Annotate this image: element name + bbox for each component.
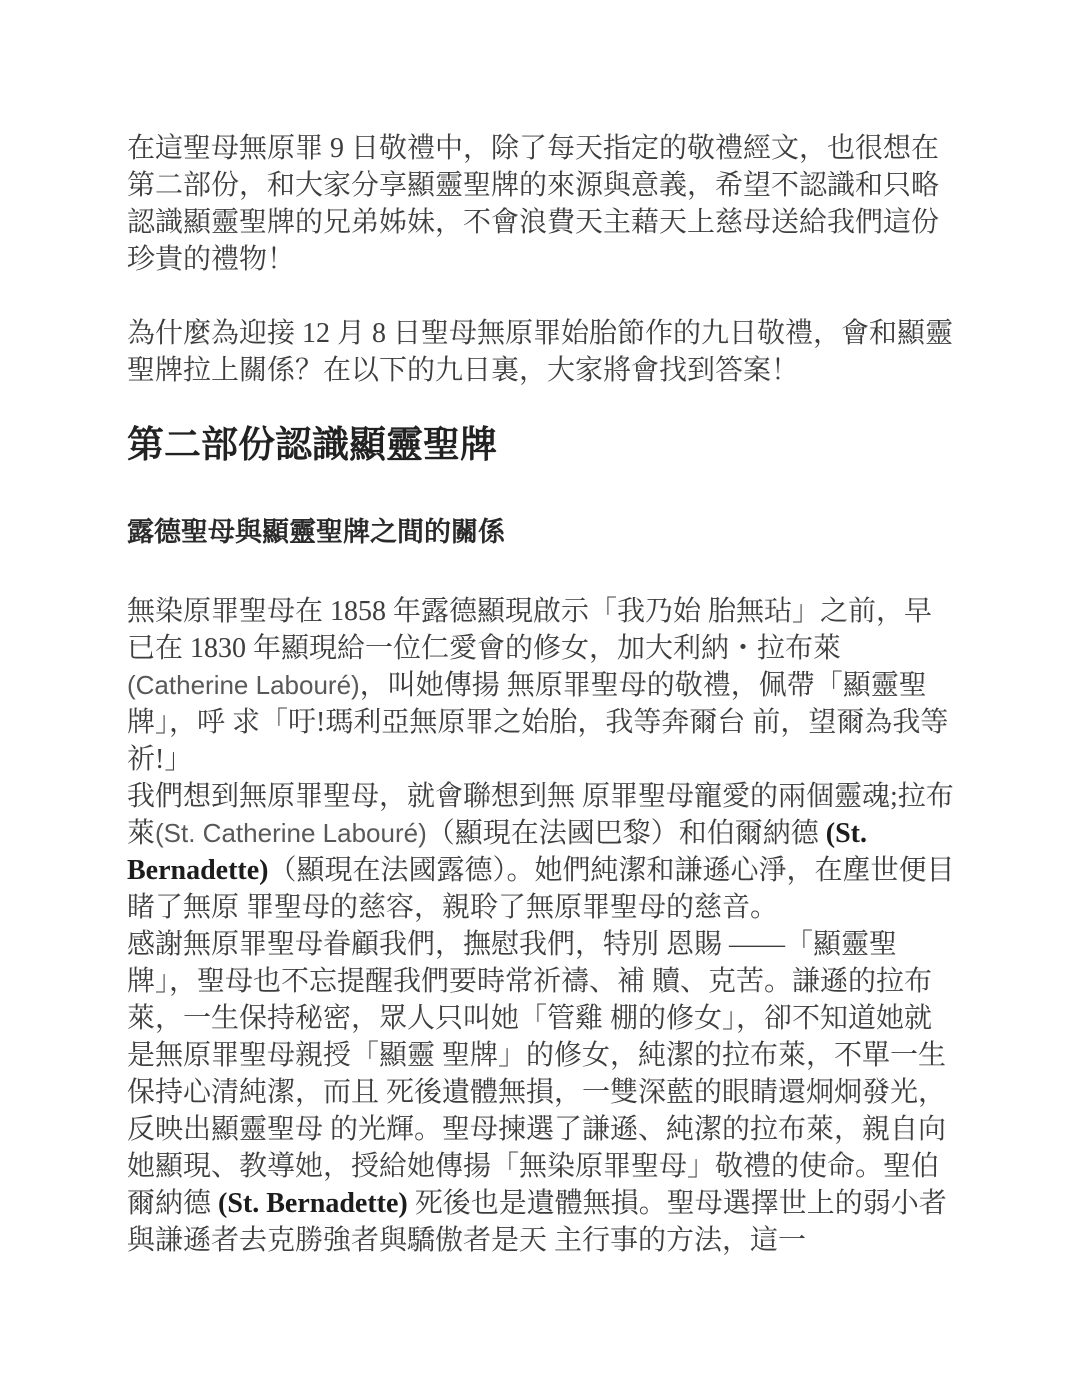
bold-name-run: (St. Bernadette) [218, 1188, 408, 1219]
section-heading: 第二部份認識顯靈聖牌 [127, 422, 957, 470]
sub-heading: 露德聖母與顯靈聖牌之間的關係 [127, 515, 957, 549]
body-paragraph: 我們想到無原罪聖母，就會聯想到無 原罪聖母寵愛的兩個靈魂;拉布萊(St. Cat… [127, 778, 957, 926]
document-content: 在這聖母無原罪 9 日敬禮中，除了每天指定的敬禮經文，也很想在第二部份，和大家分… [127, 130, 957, 1259]
document-page: 在這聖母無原罪 9 日敬禮中，除了每天指定的敬禮經文，也很想在第二部份，和大家分… [0, 0, 1082, 1400]
text-run: 無染原罪聖母在 1858 年露德顯現啟示「我乃始 胎無玷」之前，早已在 1830… [127, 596, 932, 664]
text-run: （顯現在法國巴黎）和伯爾納德 [427, 818, 826, 849]
body-paragraph: 無染原罪聖母在 1858 年露德顯現啟示「我乃始 胎無玷」之前，早已在 1830… [127, 593, 957, 778]
latin-name-run: (St. Catherine Labouré) [155, 818, 427, 848]
body-text-block: 無染原罪聖母在 1858 年露德顯現啟示「我乃始 胎無玷」之前，早已在 1830… [127, 593, 957, 1259]
text-run: 感謝無原罪聖母眷顧我們，撫慰我們，特別 恩賜 ——「顯靈聖牌」，聖母也不忘提醒我… [127, 929, 946, 1219]
intro-paragraph-2: 為什麼為迎接 12 月 8 日聖母無原罪始胎節作的九日敬禮，會和顯靈聖牌拉上關係… [127, 315, 957, 389]
body-paragraph: 感謝無原罪聖母眷顧我們，撫慰我們，特別 恩賜 ——「顯靈聖牌」，聖母也不忘提醒我… [127, 926, 957, 1259]
latin-name-run: (Catherine Labouré) [127, 670, 360, 700]
intro-paragraph-1: 在這聖母無原罪 9 日敬禮中，除了每天指定的敬禮經文，也很想在第二部份，和大家分… [127, 130, 957, 278]
